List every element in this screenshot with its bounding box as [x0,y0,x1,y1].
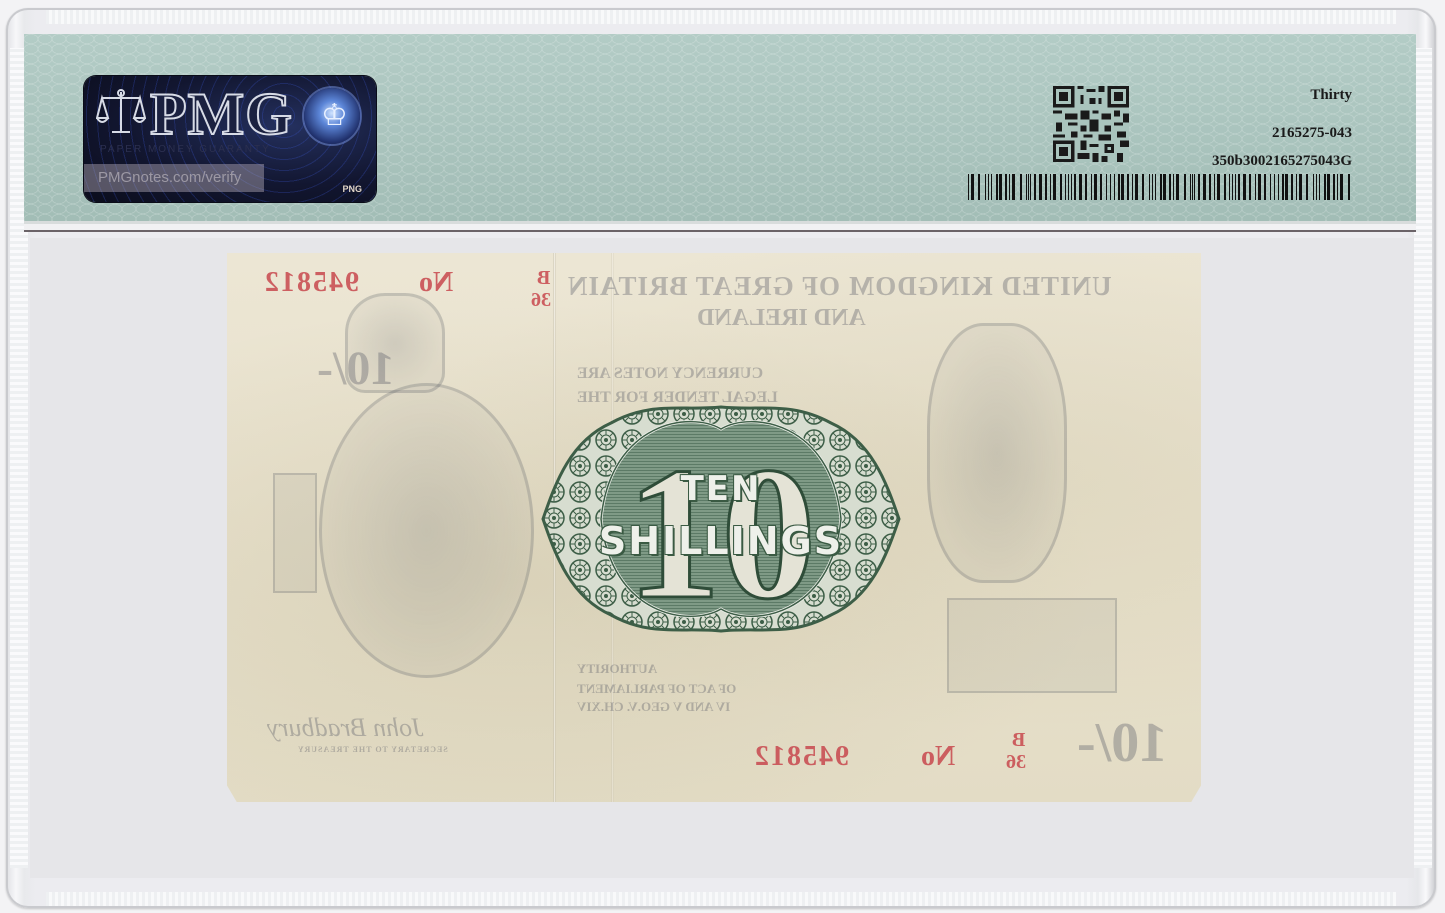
hologram-icon: ♔ [304,88,360,144]
serial-prefix-number-bottom: 36 [1006,751,1026,774]
cert-number: 2165275-043 [1272,125,1352,142]
serial-no-mark-top: No [419,267,453,299]
ghost-emblem-panel [947,598,1117,693]
ghost-title-line1: UNITED KINGDOM OF GREAT BRITAIN [567,271,1112,302]
verify-url[interactable]: PMGnotes.com/verify [84,164,264,192]
denomination-top: TEN [541,469,901,509]
ghost-text-4: OF ACT OF PARLIAMENT [577,681,736,697]
grade-text: Thirty [1310,87,1352,104]
banknote: UNITED KINGDOM OF GREAT BRITAIN AND IREL… [227,253,1201,802]
ghost-side-panel [273,473,317,593]
ghost-text-1: CURRENCY NOTES ARE [577,365,763,383]
serial-prefix-number-top: 36 [531,289,551,312]
serial-number-bottom: 945812 [753,741,849,773]
barcode-text: 350b3002165275043G [1212,153,1352,170]
ghost-crown [345,293,445,393]
serial-no-mark-bottom: No [921,741,955,773]
serial-number-top: 945812 [263,267,359,299]
holder-ridge-top [46,10,1396,24]
ghost-britannia [927,323,1067,583]
pmg-logo-block: PMG PAPER MONEY GUARANTY ♔ PMGnotes.com/… [84,76,376,202]
png-mark: PNG [342,184,362,194]
label-divider [24,224,1416,232]
qr-code-icon[interactable] [1053,86,1129,162]
barcode-icon[interactable] [968,174,1352,200]
signature: John Bradbury [267,713,424,743]
pmg-tagline: PAPER MONEY GUARANTY [100,144,271,155]
denomination-bottom: SHILLINGS [541,519,901,563]
ghost-title-line2: AND IRELAND [697,305,866,332]
holder-ridge-right [1414,48,1432,868]
ghost-text-5: IV AND V GEO.V. CH.XIV [577,699,730,715]
serial-prefix-letter-bottom: B [1012,729,1025,752]
denomination-vignette: 10 TEN SHILLINGS [541,401,901,637]
holder-ridge-bottom [46,892,1396,906]
ghost-portrait-medallion [319,383,534,678]
ghost-value-bottom: 10/- [1077,711,1167,775]
serial-prefix-letter-top: B [537,267,550,290]
ghost-text-3: AUTHORITY [577,661,657,677]
pmg-wordmark: PMG [150,80,293,149]
signature-title: SECRETARY TO THE TREASURY [297,745,448,754]
scales-icon [96,88,146,136]
